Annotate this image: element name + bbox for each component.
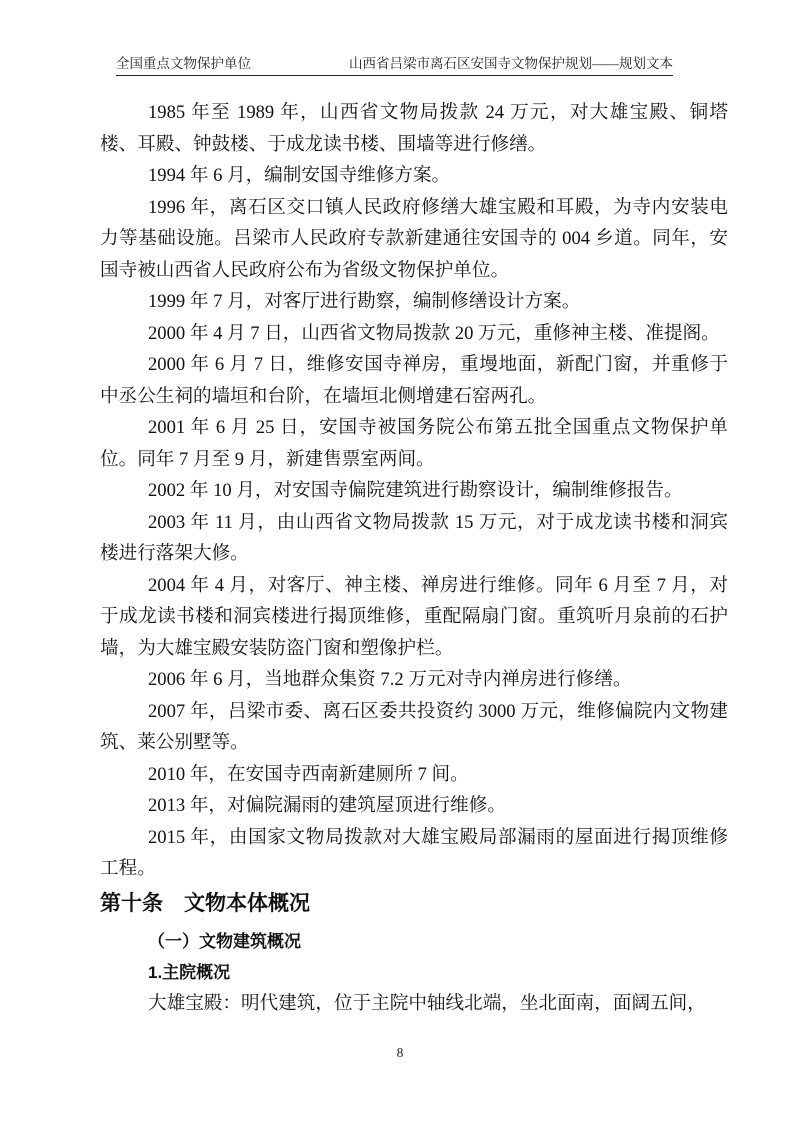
subsection-heading-main-courtyard: 1.主院概况 xyxy=(100,957,728,988)
body-paragraph: 1999 年 7 月，对客厅进行勘察，编制修缮设计方案。 xyxy=(100,286,728,318)
document-body: 1985 年至 1989 年，山西省文物局拨款 24 万元，对大雄宝殿、铜塔楼、… xyxy=(100,97,728,1019)
body-paragraph: 1996 年，离石区交口镇人民政府修缮大雄宝殿和耳殿，为寺内安装电力等基础设施。… xyxy=(100,192,728,287)
header-left-title: 全国重点文物保护单位 xyxy=(116,56,251,72)
body-paragraph: 2015 年，由国家文物局拨款对大雄宝殿局部漏雨的屋面进行揭顶维修工程。 xyxy=(100,822,728,885)
document-page: 全国重点文物保护单位 山西省吕梁市离石区安国寺文物保护规划——规划文本 1985… xyxy=(0,0,800,1131)
section-heading-article-10: 第十条 文物本体概况 xyxy=(100,888,728,920)
subsection-heading-building-overview: （一）文物建筑概况 xyxy=(100,926,728,957)
body-paragraph: 2003 年 11 月，由山西省文物局拨款 15 万元，对于成龙读书楼和洞宾楼进… xyxy=(100,507,728,570)
header-right-title: 山西省吕梁市离石区安国寺文物保护规划——规划文本 xyxy=(349,56,673,72)
body-paragraph: 2013 年，对偏院漏雨的建筑屋顶进行维修。 xyxy=(100,790,728,822)
body-paragraph: 1985 年至 1989 年，山西省文物局拨款 24 万元，对大雄宝殿、铜塔楼、… xyxy=(100,97,728,160)
body-paragraph: 2006 年 6 月，当地群众集资 7.2 万元对寺内禅房进行修缮。 xyxy=(100,664,728,696)
body-paragraph: 2010 年，在安国寺西南新建厕所 7 间。 xyxy=(100,759,728,791)
page-number: 8 xyxy=(0,1045,800,1061)
body-paragraph: 2001 年 6 月 25 日，安国寺被国务院公布第五批全国重点文物保护单位。同… xyxy=(100,412,728,475)
body-paragraph: 1994 年 6 月，编制安国寺维修方案。 xyxy=(100,160,728,192)
body-paragraph: 2002 年 10 月，对安国寺偏院建筑进行勘察设计，编制维修报告。 xyxy=(100,475,728,507)
body-paragraph: 2007 年，吕梁市委、离石区委共投资约 3000 万元，维修偏院内文物建筑、莱… xyxy=(100,696,728,759)
body-paragraph: 2000 年 6 月 7 日，维修安国寺禅房，重墁地面，新配门窗，并重修于中丞公… xyxy=(100,349,728,412)
body-paragraph: 2004 年 4 月，对客厅、神主楼、禅房进行维修。同年 6 月至 7 月，对于… xyxy=(100,570,728,665)
page-header: 全国重点文物保护单位 山西省吕梁市离石区安国寺文物保护规划——规划文本 xyxy=(116,56,673,76)
body-paragraph: 2000 年 4 月 7 日，山西省文物局拨款 20 万元，重修神主楼、准提阁。 xyxy=(100,318,728,350)
body-paragraph: 大雄宝殿：明代建筑，位于主院中轴线北端，坐北面南，面阔五间， xyxy=(100,988,728,1020)
